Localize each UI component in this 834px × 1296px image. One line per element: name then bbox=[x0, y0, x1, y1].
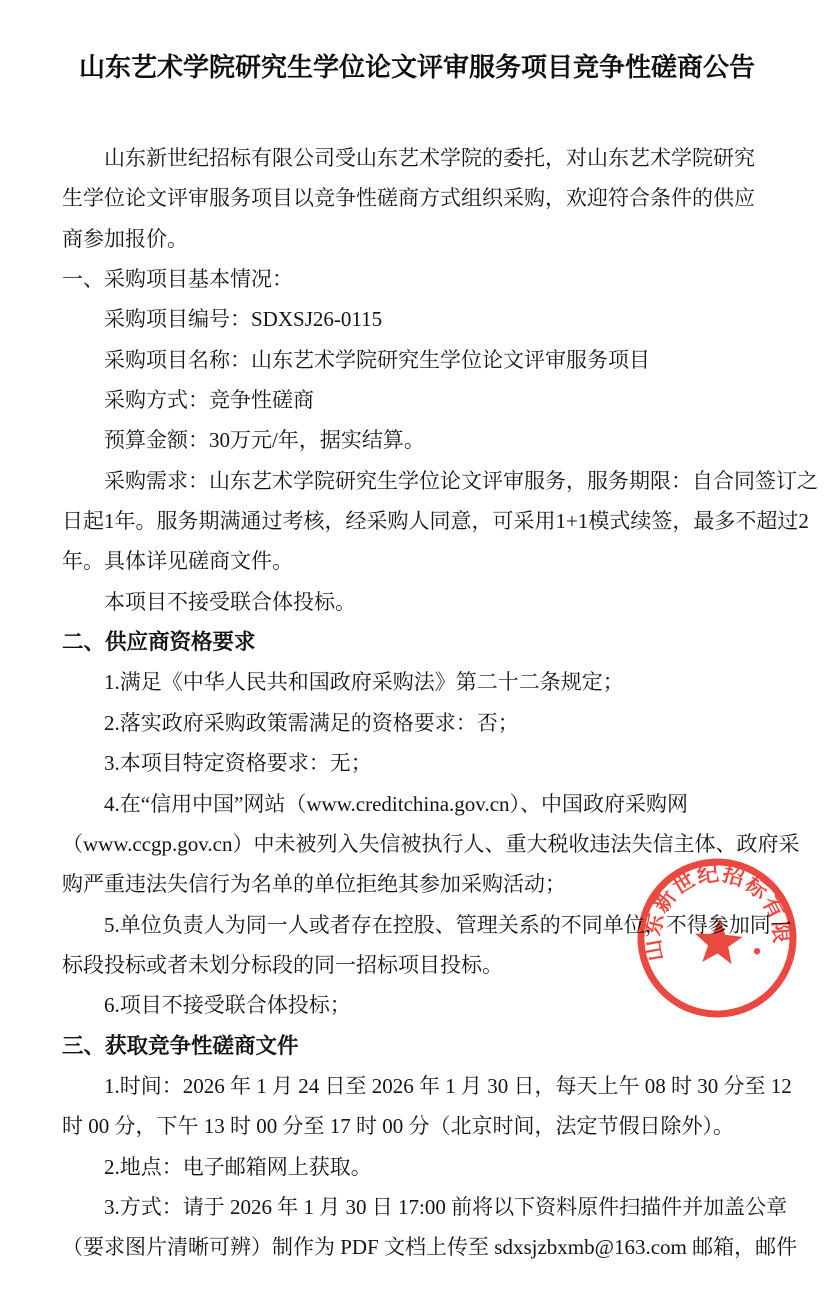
text-line: 采购需求：山东艺术学院研究生学位论文评审服务，服务期限：自合同签订之 bbox=[62, 461, 774, 501]
text-line: 本项目不接受联合体投标。 bbox=[62, 582, 774, 622]
document-body: 山东新世纪招标有限公司受山东艺术学院的委托，对山东艺术学院研究生学位论文评审服务… bbox=[62, 138, 774, 1268]
text-line: （www.ccgp.gov.cn）中未被列入失信被执行人、重大税收违法失信主体、… bbox=[62, 824, 774, 864]
text-line: 采购方式：竞争性磋商 bbox=[62, 380, 774, 420]
text-line: （要求图片清晰可辨）制作为 PDF 文档上传至 sdxsjzbxmb@163.c… bbox=[62, 1227, 774, 1267]
text-line: 2.地点：电子邮箱网上获取。 bbox=[62, 1147, 774, 1187]
text-line: 1.满足《中华人民共和国政府采购法》第二十二条规定； bbox=[62, 662, 774, 702]
text-line: 1.时间：2026 年 1 月 24 日至 2026 年 1 月 30 日，每天… bbox=[62, 1066, 774, 1106]
text-line: 生学位论文评审服务项目以竞争性磋商方式组织采购，欢迎符合条件的供应 bbox=[62, 178, 774, 218]
text-line: 三、获取竞争性磋商文件 bbox=[62, 1026, 774, 1066]
page-background: 山东艺术学院研究生学位论文评审服务项目竞争性磋商公告 山东新世纪招标有限公司受山… bbox=[0, 0, 834, 1296]
text-line: 预算金额：30万元/年，据实结算。 bbox=[62, 420, 774, 460]
text-line: 采购项目名称：山东艺术学院研究生学位论文评审服务项目 bbox=[62, 340, 774, 380]
text-line: 购严重违法失信行为名单的单位拒绝其参加采购活动； bbox=[62, 864, 774, 904]
text-line: 标段投标或者未划分标段的同一招标项目投标。 bbox=[62, 945, 774, 985]
text-line: 年。具体详见磋商文件。 bbox=[62, 541, 774, 581]
text-line: 时 00 分，下午 13 时 00 分至 17 时 00 分（北京时间，法定节假… bbox=[62, 1106, 774, 1146]
document-title: 山东艺术学院研究生学位论文评审服务项目竞争性磋商公告 bbox=[0, 50, 834, 84]
text-line: 5.单位负责人为同一人或者存在控股、管理关系的不同单位，不得参加同一 bbox=[62, 905, 774, 945]
text-line: 一、采购项目基本情况： bbox=[62, 259, 774, 299]
text-line: 商参加报价。 bbox=[62, 219, 774, 259]
document-page: { "title": "山东艺术学院研究生学位论文评审服务项目竞争性磋商公告",… bbox=[0, 0, 834, 1296]
text-line: 二、供应商资格要求 bbox=[62, 622, 774, 662]
text-line: 6.项目不接受联合体投标； bbox=[62, 985, 774, 1025]
text-line: 采购项目编号：SDXSJ26-0115 bbox=[62, 299, 774, 339]
text-line: 3.本项目特定资格要求：无； bbox=[62, 743, 774, 783]
text-line: 3.方式：请于 2026 年 1 月 30 日 17:00 前将以下资料原件扫描… bbox=[62, 1187, 774, 1227]
text-line: 日起1年。服务期满通过考核，经采购人同意，可采用1+1模式续签，最多不超过2 bbox=[62, 501, 774, 541]
text-line: 2.落实政府采购政策需满足的资格要求：否； bbox=[62, 703, 774, 743]
text-line: 4.在“信用中国”网站（www.creditchina.gov.cn）、中国政府… bbox=[62, 784, 774, 824]
text-line: 山东新世纪招标有限公司受山东艺术学院的委托，对山东艺术学院研究 bbox=[62, 138, 774, 178]
